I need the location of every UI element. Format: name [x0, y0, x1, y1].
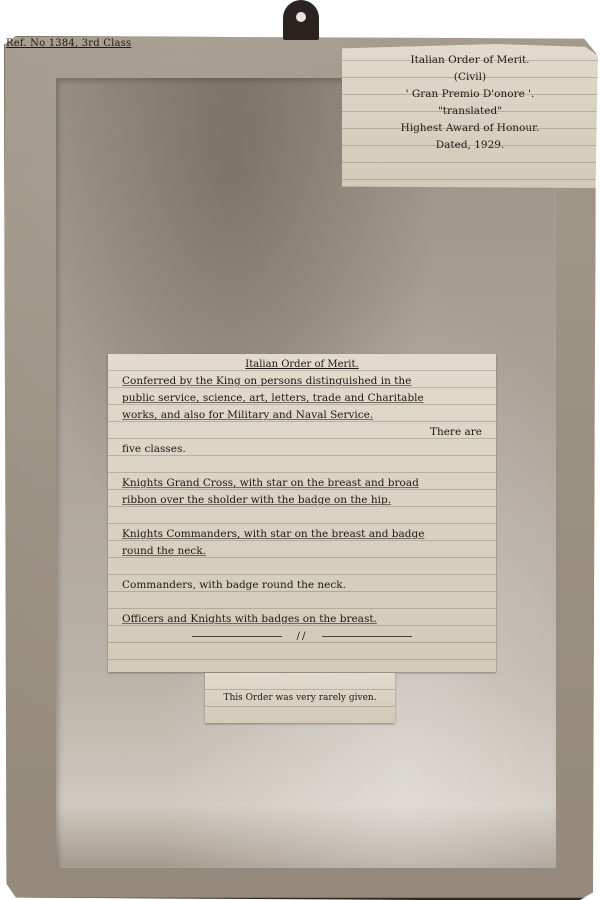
title-label-card: Italian Order of Merit. (Civil) ' Gran P…	[342, 44, 598, 188]
label-line: (Civil)	[342, 69, 598, 86]
description-card: Italian Order of Merit. Conferred by the…	[108, 354, 496, 672]
class-entry-line: Knights Grand Cross, with star on the br…	[122, 475, 482, 492]
label-line: ' Gran Premio D'onore '.	[342, 86, 598, 103]
intro-line: works, and also for Military and Naval S…	[122, 407, 482, 424]
spacer	[122, 509, 482, 526]
label-line: Italian Order of Merit.	[342, 52, 598, 69]
intro-line: public service, science, art, letters, t…	[122, 390, 482, 407]
intro-line: Conferred by the King on persons disting…	[122, 373, 482, 390]
label-line: "translated"	[342, 103, 598, 120]
reference-number-label: Ref. No 1384, 3rd Class	[6, 38, 131, 49]
class-entry-line: round the neck.	[122, 543, 482, 560]
footnote-card: This Order was very rarely given.	[205, 673, 395, 723]
spacer	[122, 458, 482, 475]
hanger-hole	[296, 12, 306, 22]
classes-count-line: There are	[122, 424, 482, 441]
spacer	[122, 594, 482, 611]
label-line: Dated, 1929.	[342, 137, 598, 154]
separator: //	[122, 628, 482, 645]
class-entry-line: ribbon over the sholder with the badge o…	[122, 492, 482, 509]
class-entry-line: Officers and Knights with badges on the …	[122, 611, 482, 628]
hanger-tab	[283, 0, 319, 40]
card-title: Italian Order of Merit.	[122, 356, 482, 373]
class-entry-line: Knights Commanders, with star on the bre…	[122, 526, 482, 543]
class-entry-line: Commanders, with badge round the neck.	[122, 577, 482, 594]
spacer	[122, 560, 482, 577]
label-line: Highest Award of Honour.	[342, 120, 598, 137]
classes-count-line: five classes.	[122, 441, 482, 458]
footnote-text: This Order was very rarely given.	[223, 693, 376, 703]
